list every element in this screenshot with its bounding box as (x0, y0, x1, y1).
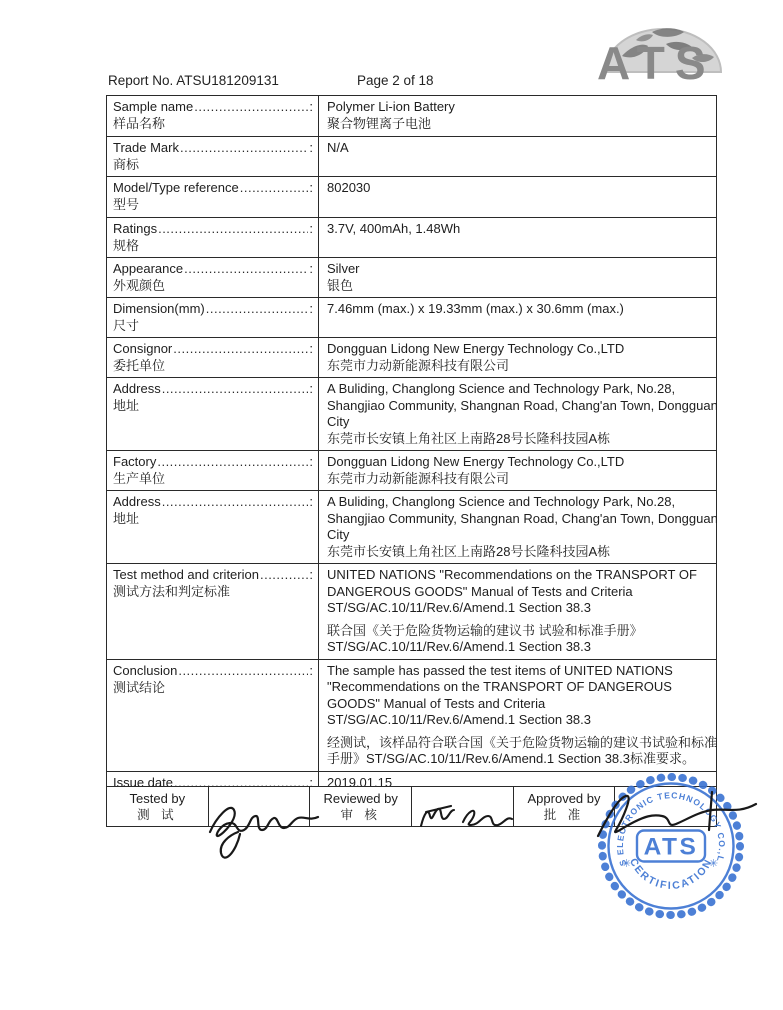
footer-label-en: Tested by (130, 791, 186, 807)
dotted-leader (162, 494, 309, 510)
row-label-en: Address (113, 494, 161, 510)
row-label-en: Factory (113, 454, 156, 470)
value-line: 东莞市力动新能源科技有限公司 (327, 471, 710, 488)
value-paragraph: Dongguan Lidong New Energy Technology Co… (327, 341, 710, 374)
row-label-line: Consignor (113, 341, 313, 357)
row-label-zh: 商标 (113, 156, 313, 173)
table-row: Address 地址 A Buliding, Changlong Science… (107, 377, 716, 450)
dotted-leader (157, 454, 308, 470)
footer-label-en: Approved by (528, 791, 601, 807)
dotted-leader (162, 381, 309, 397)
row-label-line: Address (113, 381, 313, 397)
row-label-en: Ratings (113, 221, 157, 237)
value-paragraph: Dongguan Lidong New Energy Technology Co… (327, 454, 710, 487)
row-value: Silver银色 (319, 258, 716, 297)
ats-logo-text: ATS (597, 40, 716, 86)
value-paragraph: Polymer Li-ion Battery聚合物锂离子电池 (327, 99, 710, 132)
dotted-leader (180, 140, 308, 156)
row-label-line: Trade Mark (113, 140, 313, 156)
row-label: Address 地址 (107, 378, 319, 450)
ats-logo: ATS (596, 12, 736, 94)
value-line: Shangjiao Community, Shangnan Road, Chan… (327, 511, 718, 528)
table-row: Test method and criterion 测试方法和判定标准 UNIT… (107, 563, 716, 659)
row-label-en: Model/Type reference (113, 180, 239, 196)
value-line: ST/SG/AC.10/11/Rev.6/Amend.1 Section 38.… (327, 639, 710, 656)
value-line: 经测试，该样品符合联合国《关于危险货物运输的建议书试验和标准 (327, 735, 717, 752)
value-paragraph: 7.46mm (max.) x 19.33mm (max.) x 30.6mm … (327, 301, 710, 318)
page-indicator: Page 2 of 18 (357, 73, 434, 88)
row-label-line: Model/Type reference (113, 180, 313, 196)
value-line: 东莞市长安镇上角社区上南路28号长隆科技园A栋 (327, 544, 718, 561)
value-paragraph: N/A (327, 140, 710, 157)
row-value: N/A (319, 137, 716, 176)
value-line: 聚合物锂离子电池 (327, 116, 710, 133)
value-line: ST/SG/AC.10/11/Rev.6/Amend.1 Section 38.… (327, 712, 717, 729)
footer-label-zh: 测 试 (137, 807, 177, 823)
row-label-zh: 外观颜色 (113, 277, 313, 294)
row-label: Sample name 样品名称 (107, 96, 319, 136)
dotted-leader (194, 99, 308, 115)
row-value: UNITED NATIONS "Recommendations on the T… (319, 564, 716, 659)
row-label: Trade Mark 商标 (107, 137, 319, 176)
row-label-zh: 样品名称 (113, 115, 313, 132)
value-line: 手册》ST/SG/AC.10/11/Rev.6/Amend.1 Section … (327, 751, 717, 768)
value-paragraph: 802030 (327, 180, 710, 197)
value-line: A Buliding, Changlong Science and Techno… (327, 381, 718, 398)
value-paragraph: A Buliding, Changlong Science and Techno… (327, 494, 718, 560)
row-label-line: Address (113, 494, 313, 510)
row-value: 7.46mm (max.) x 19.33mm (max.) x 30.6mm … (319, 298, 716, 337)
row-label-line: Ratings (113, 221, 313, 237)
row-value: A Buliding, Changlong Science and Techno… (319, 378, 724, 450)
value-paragraph: 3.7V, 400mAh, 1.48Wh (327, 221, 710, 238)
table-row: Ratings 规格 3.7V, 400mAh, 1.48Wh (107, 217, 716, 257)
row-value: Polymer Li-ion Battery聚合物锂离子电池 (319, 96, 716, 136)
row-label: Appearance 外观颜色 (107, 258, 319, 297)
table-row: Model/Type reference 型号 802030 (107, 176, 716, 217)
value-paragraph: Silver银色 (327, 261, 710, 294)
table-row: Dimension(mm) 尺寸 7.46mm (max.) x 19.33mm… (107, 297, 716, 337)
footer-label-en: Reviewed by (323, 791, 397, 807)
row-label-en: Dimension(mm) (113, 301, 205, 317)
value-paragraph: A Buliding, Changlong Science and Techno… (327, 381, 718, 447)
value-line: 802030 (327, 180, 710, 197)
value-line: 3.7V, 400mAh, 1.48Wh (327, 221, 710, 238)
row-label: Consignor 委托单位 (107, 338, 319, 377)
value-line: City (327, 527, 718, 544)
value-paragraph: UNITED NATIONS "Recommendations on the T… (327, 567, 710, 617)
value-line: City (327, 414, 718, 431)
dotted-leader (173, 341, 308, 357)
row-label: Dimension(mm) 尺寸 (107, 298, 319, 337)
value-line: DANGEROUS GOODS" Manual of Tests and Cri… (327, 584, 710, 601)
value-line: Polymer Li-ion Battery (327, 99, 710, 116)
row-value: 3.7V, 400mAh, 1.48Wh (319, 218, 716, 257)
row-label-en: Test method and criterion (113, 567, 259, 583)
row-label-en: Conclusion (113, 663, 177, 679)
row-value: The sample has passed the test items of … (319, 660, 723, 771)
footer-label-zh: 批 准 (544, 807, 584, 823)
signature-reviewed-ink: Matt Zhao (413, 794, 523, 839)
value-paragraph: 经测试，该样品符合联合国《关于危险货物运输的建议书试验和标准手册》ST/SG/A… (327, 735, 717, 768)
row-label-zh: 测试方法和判定标准 (113, 583, 313, 600)
row-label: Test method and criterion 测试方法和判定标准 (107, 564, 319, 659)
row-label-en: Address (113, 381, 161, 397)
value-line: ST/SG/AC.10/11/Rev.6/Amend.1 Section 38.… (327, 600, 710, 617)
row-label: Ratings 规格 (107, 218, 319, 257)
row-label-zh: 型号 (113, 196, 313, 213)
row-label-line: Conclusion (113, 663, 313, 679)
value-line: 东莞市长安镇上角社区上南路28号长隆科技园A栋 (327, 431, 718, 448)
signature-approved-ink: Jason Fan (592, 784, 762, 846)
dotted-leader (240, 180, 309, 196)
table-row: Trade Mark 商标 N/A (107, 136, 716, 176)
value-line: Dongguan Lidong New Energy Technology Co… (327, 454, 710, 471)
stamp-right-asterisk: ✳ (709, 858, 718, 870)
spec-table: Sample name 样品名称 Polymer Li-ion Battery聚… (106, 95, 717, 812)
value-line: UNITED NATIONS "Recommendations on the T… (327, 567, 710, 584)
row-label-zh: 生产单位 (113, 470, 313, 487)
stamp-left-asterisk: ✳ (622, 858, 631, 870)
value-line: Shangjiao Community, Shangnan Road, Chan… (327, 398, 718, 415)
row-label-en: Appearance (113, 261, 183, 277)
row-label: Factory 生产单位 (107, 451, 319, 490)
row-label-line: Factory (113, 454, 313, 470)
value-line: 7.46mm (max.) x 19.33mm (max.) x 30.6mm … (327, 301, 710, 318)
document-page: Report No. ATSU181209131 Page 2 of 18 AT… (0, 0, 783, 1010)
value-line: N/A (327, 140, 710, 157)
row-label-line: Appearance (113, 261, 313, 277)
row-label-zh: 规格 (113, 237, 313, 254)
row-label-zh: 地址 (113, 397, 313, 414)
dotted-leader (178, 663, 308, 679)
report-number: Report No. ATSU181209131 (108, 73, 279, 88)
row-label: Model/Type reference 型号 (107, 177, 319, 217)
row-value: 802030 (319, 177, 716, 217)
table-row: Conclusion 测试结论 The sample has passed th… (107, 659, 716, 771)
dotted-leader (158, 221, 308, 237)
row-value: Dongguan Lidong New Energy Technology Co… (319, 451, 716, 490)
row-label-line: Test method and criterion (113, 567, 313, 583)
row-label-line: Sample name (113, 99, 313, 115)
row-label: Conclusion 测试结论 (107, 660, 319, 771)
row-label-zh: 地址 (113, 510, 313, 527)
row-label-en: Consignor (113, 341, 172, 357)
table-row: Factory 生产单位 Dongguan Lidong New Energy … (107, 450, 716, 490)
value-line: 东莞市力动新能源科技有限公司 (327, 358, 710, 375)
value-paragraph: The sample has passed the test items of … (327, 663, 717, 729)
dotted-leader (184, 261, 308, 277)
value-line: 联合国《关于危险货物运输的建议书 试验和标准手册》 (327, 623, 710, 640)
value-line: "Recommendations on the TRANSPORT OF DAN… (327, 679, 717, 696)
value-line: Dongguan Lidong New Energy Technology Co… (327, 341, 710, 358)
footer-label-zh: 审 核 (340, 807, 380, 823)
value-line: GOODS" Manual of Tests and Criteria (327, 696, 717, 713)
table-row: Appearance 外观颜色 Silver银色 (107, 257, 716, 297)
row-value: Dongguan Lidong New Energy Technology Co… (319, 338, 716, 377)
row-label-zh: 测试结论 (113, 679, 313, 696)
value-paragraph: 联合国《关于危险货物运输的建议书 试验和标准手册》ST/SG/AC.10/11/… (327, 623, 710, 656)
row-label-line: Dimension(mm) (113, 301, 313, 317)
row-value: A Buliding, Changlong Science and Techno… (319, 491, 724, 563)
row-label-en: Trade Mark (113, 140, 179, 156)
row-label-zh: 尺寸 (113, 317, 313, 334)
value-line: Silver (327, 261, 710, 278)
table-row: Address 地址 A Buliding, Changlong Science… (107, 490, 716, 563)
row-label-en: Sample name (113, 99, 193, 115)
value-line: A Buliding, Changlong Science and Techno… (327, 494, 718, 511)
row-label-zh: 委托单位 (113, 357, 313, 374)
value-line: The sample has passed the test items of … (327, 663, 717, 680)
footer-label-cell: Tested by测 试 (107, 787, 208, 826)
dotted-leader (260, 567, 308, 583)
value-line: 银色 (327, 278, 710, 295)
row-label: Address 地址 (107, 491, 319, 563)
table-row: Consignor 委托单位 Dongguan Lidong New Energ… (107, 337, 716, 377)
table-row: Sample name 样品名称 Polymer Li-ion Battery聚… (107, 96, 716, 136)
dotted-leader (206, 301, 309, 317)
signature-tested-ink: Lofy Zhou (200, 790, 330, 868)
